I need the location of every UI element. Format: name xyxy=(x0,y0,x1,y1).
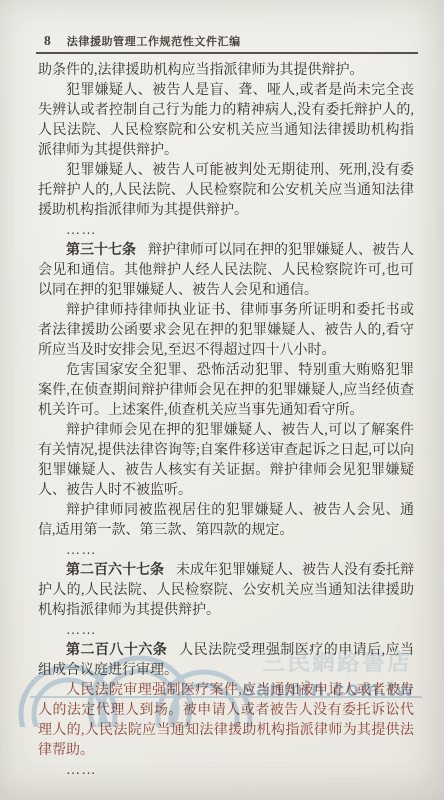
paragraph-text: 犯罪嫌疑人、被告人可能被判处无期徒刑、死刑,没有委托辩护人的,人民法院、人民检察… xyxy=(38,163,414,218)
paragraph: 辩护律师持律师执业证书、律师事务所证明和委托书或者法律援助公函要求会见在押的犯罪… xyxy=(38,301,414,361)
page-number: 8 xyxy=(44,33,51,49)
paragraph-text: 辩护律师同被监视居住的犯罪嫌疑人、被告人会见、通信,适用第一款、第三款、第四款的… xyxy=(38,503,414,538)
paragraph-text: …… xyxy=(66,623,97,638)
header-rule xyxy=(36,52,418,54)
article-paragraph: 第二百八十六条人民法院受理强制医疗的申请后,应当组成合议庭进行审理。 xyxy=(38,641,414,681)
paragraph-text: 人民法院审理强制医疗案件,应当通知被申请人或者被告人的法定代理人到场。被申请人或… xyxy=(38,683,414,758)
paragraph: 助条件的,法律援助机构应当指派律师为其提供辩护。 xyxy=(38,61,414,81)
paragraph-text: 犯罪嫌疑人、被告人是盲、聋、哑人,或者是尚未完全丧失辨认或者控制自己行为能力的精… xyxy=(38,83,414,158)
paragraph: 犯罪嫌疑人、被告人可能被判处无期徒刑、死刑,没有委托辩护人的,人民法院、人民检察… xyxy=(38,161,414,221)
paragraph-text: …… xyxy=(66,543,97,558)
book-page: 8 法律援助管理工作规范性文件汇编 助条件的,法律援助机构应当指派律师为其提供辩… xyxy=(0,0,444,800)
paragraph: 犯罪嫌疑人、被告人是盲、聋、哑人,或者是尚未完全丧失辨认或者控制自己行为能力的精… xyxy=(38,81,414,161)
article-number: 第二百八十六条 xyxy=(66,643,167,658)
running-head-title: 法律援助管理工作规范性文件汇编 xyxy=(67,33,241,49)
omission-ellipsis: …… xyxy=(38,761,414,781)
paragraph-text: 危害国家安全犯罪、恐怖活动犯罪、特别重大贿赂犯罪案件,在侦查期间辩护律师会见在押… xyxy=(38,363,414,418)
paragraph-text: 辩护律师会见在押的犯罪嫌疑人、被告人,可以了解案件有关情况,提供法律咨询等;自案… xyxy=(38,423,414,498)
paragraph-text: …… xyxy=(66,763,97,778)
omission-ellipsis: …… xyxy=(38,221,414,241)
omission-ellipsis: …… xyxy=(38,541,414,561)
paragraph: 危害国家安全犯罪、恐怖活动犯罪、特别重大贿赂犯罪案件,在侦查期间辩护律师会见在押… xyxy=(38,361,414,421)
running-head: 8 法律援助管理工作规范性文件汇编 xyxy=(44,33,414,49)
paragraph: 辩护律师会见在押的犯罪嫌疑人、被告人,可以了解案件有关情况,提供法律咨询等;自案… xyxy=(38,421,414,501)
article-number: 第二百六十七条 xyxy=(66,563,164,578)
paragraph-text: 辩护律师持律师执业证书、律师事务所证明和委托书或者法律援助公函要求会见在押的犯罪… xyxy=(38,303,414,358)
paragraph: 人民法院审理强制医疗案件,应当通知被申请人或者被告人的法定代理人到场。被申请人或… xyxy=(38,681,414,761)
paragraph-text: 助条件的,法律援助机构应当指派律师为其提供辩护。 xyxy=(38,63,364,78)
article-paragraph: 第三十七条辩护律师可以同在押的犯罪嫌疑人、被告人会见和通信。其他辩护人经人民法院… xyxy=(38,241,414,301)
paragraph: 辩护律师同被监视居住的犯罪嫌疑人、被告人会见、通信,适用第一款、第三款、第四款的… xyxy=(38,501,414,541)
omission-ellipsis: …… xyxy=(38,621,414,641)
article-number: 第三十七条 xyxy=(66,243,136,258)
paragraph-text: …… xyxy=(66,223,97,238)
body-text: 助条件的,法律援助机构应当指派律师为其提供辩护。犯罪嫌疑人、被告人是盲、聋、哑人… xyxy=(38,61,414,781)
article-paragraph: 第二百六十七条未成年犯罪嫌疑人、被告人没有委托辩护人的,人民法院、人民检察院、公… xyxy=(38,561,414,621)
